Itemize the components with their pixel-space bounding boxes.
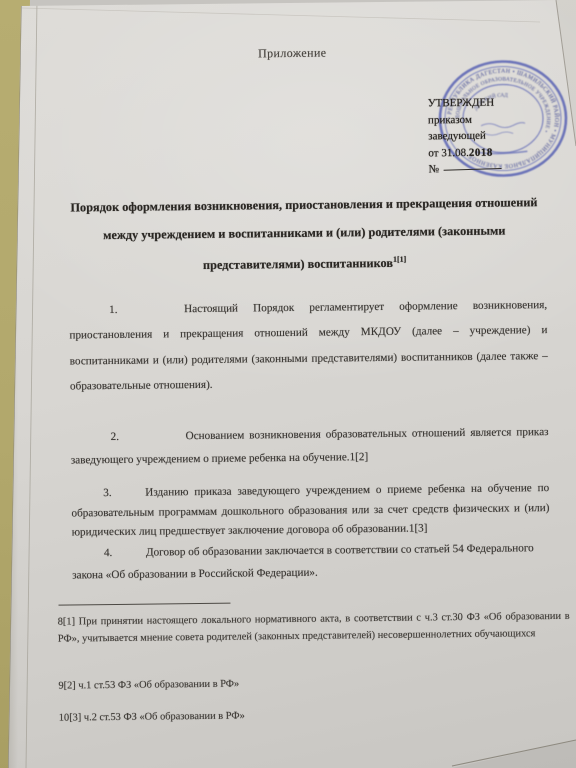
paragraph-number: 1. xyxy=(89,297,184,323)
footnote-2: 9[2] ч.1 ст.53 ФЗ «Об образовании в РФ» xyxy=(58,673,570,695)
paragraph-number: 3. xyxy=(87,484,145,504)
paragraph-2: 2.Основанием возникновения образовательн… xyxy=(70,421,548,472)
paragraph-1: 1.Настоящий Порядок регламентирует оформ… xyxy=(69,293,548,400)
footnote-separator xyxy=(58,603,230,606)
footnote-3: 10[3] ч.2 ст.53 ФЗ «Об образовании в РФ» xyxy=(59,705,571,727)
photographed-document: Приложение • РЕСПУ xyxy=(0,0,576,768)
paragraph-number: 2. xyxy=(90,425,185,449)
number-blank-line xyxy=(443,168,501,171)
handwritten-year: 2018 xyxy=(469,146,493,158)
approval-by-order: приказом xyxy=(428,110,558,128)
page-content: Приложение • РЕСПУ xyxy=(0,0,576,768)
document-title: Порядок оформления возникновения, приост… xyxy=(58,189,551,281)
title-footnote-ref: 1[1] xyxy=(393,255,406,264)
document-page: Приложение • РЕСПУ xyxy=(0,0,576,768)
approval-by-head: заведующей xyxy=(428,127,558,145)
footnote-1: 8[1] При принятии настоящего локального … xyxy=(58,609,570,648)
approval-block: УТВЕРЖДЕН приказом заведующей от 31.08.2… xyxy=(428,94,559,178)
paragraph-4: 4.Договор об образовании заключается в с… xyxy=(72,538,550,586)
approval-status: УТВЕРЖДЕН xyxy=(428,94,558,112)
paragraph-3: 3.Изданию приказа заведующего учреждение… xyxy=(71,479,550,543)
approval-number: № xyxy=(428,160,558,178)
approval-date: от 31.08.2018 xyxy=(428,143,558,161)
paragraph-number: 4. xyxy=(88,543,146,565)
